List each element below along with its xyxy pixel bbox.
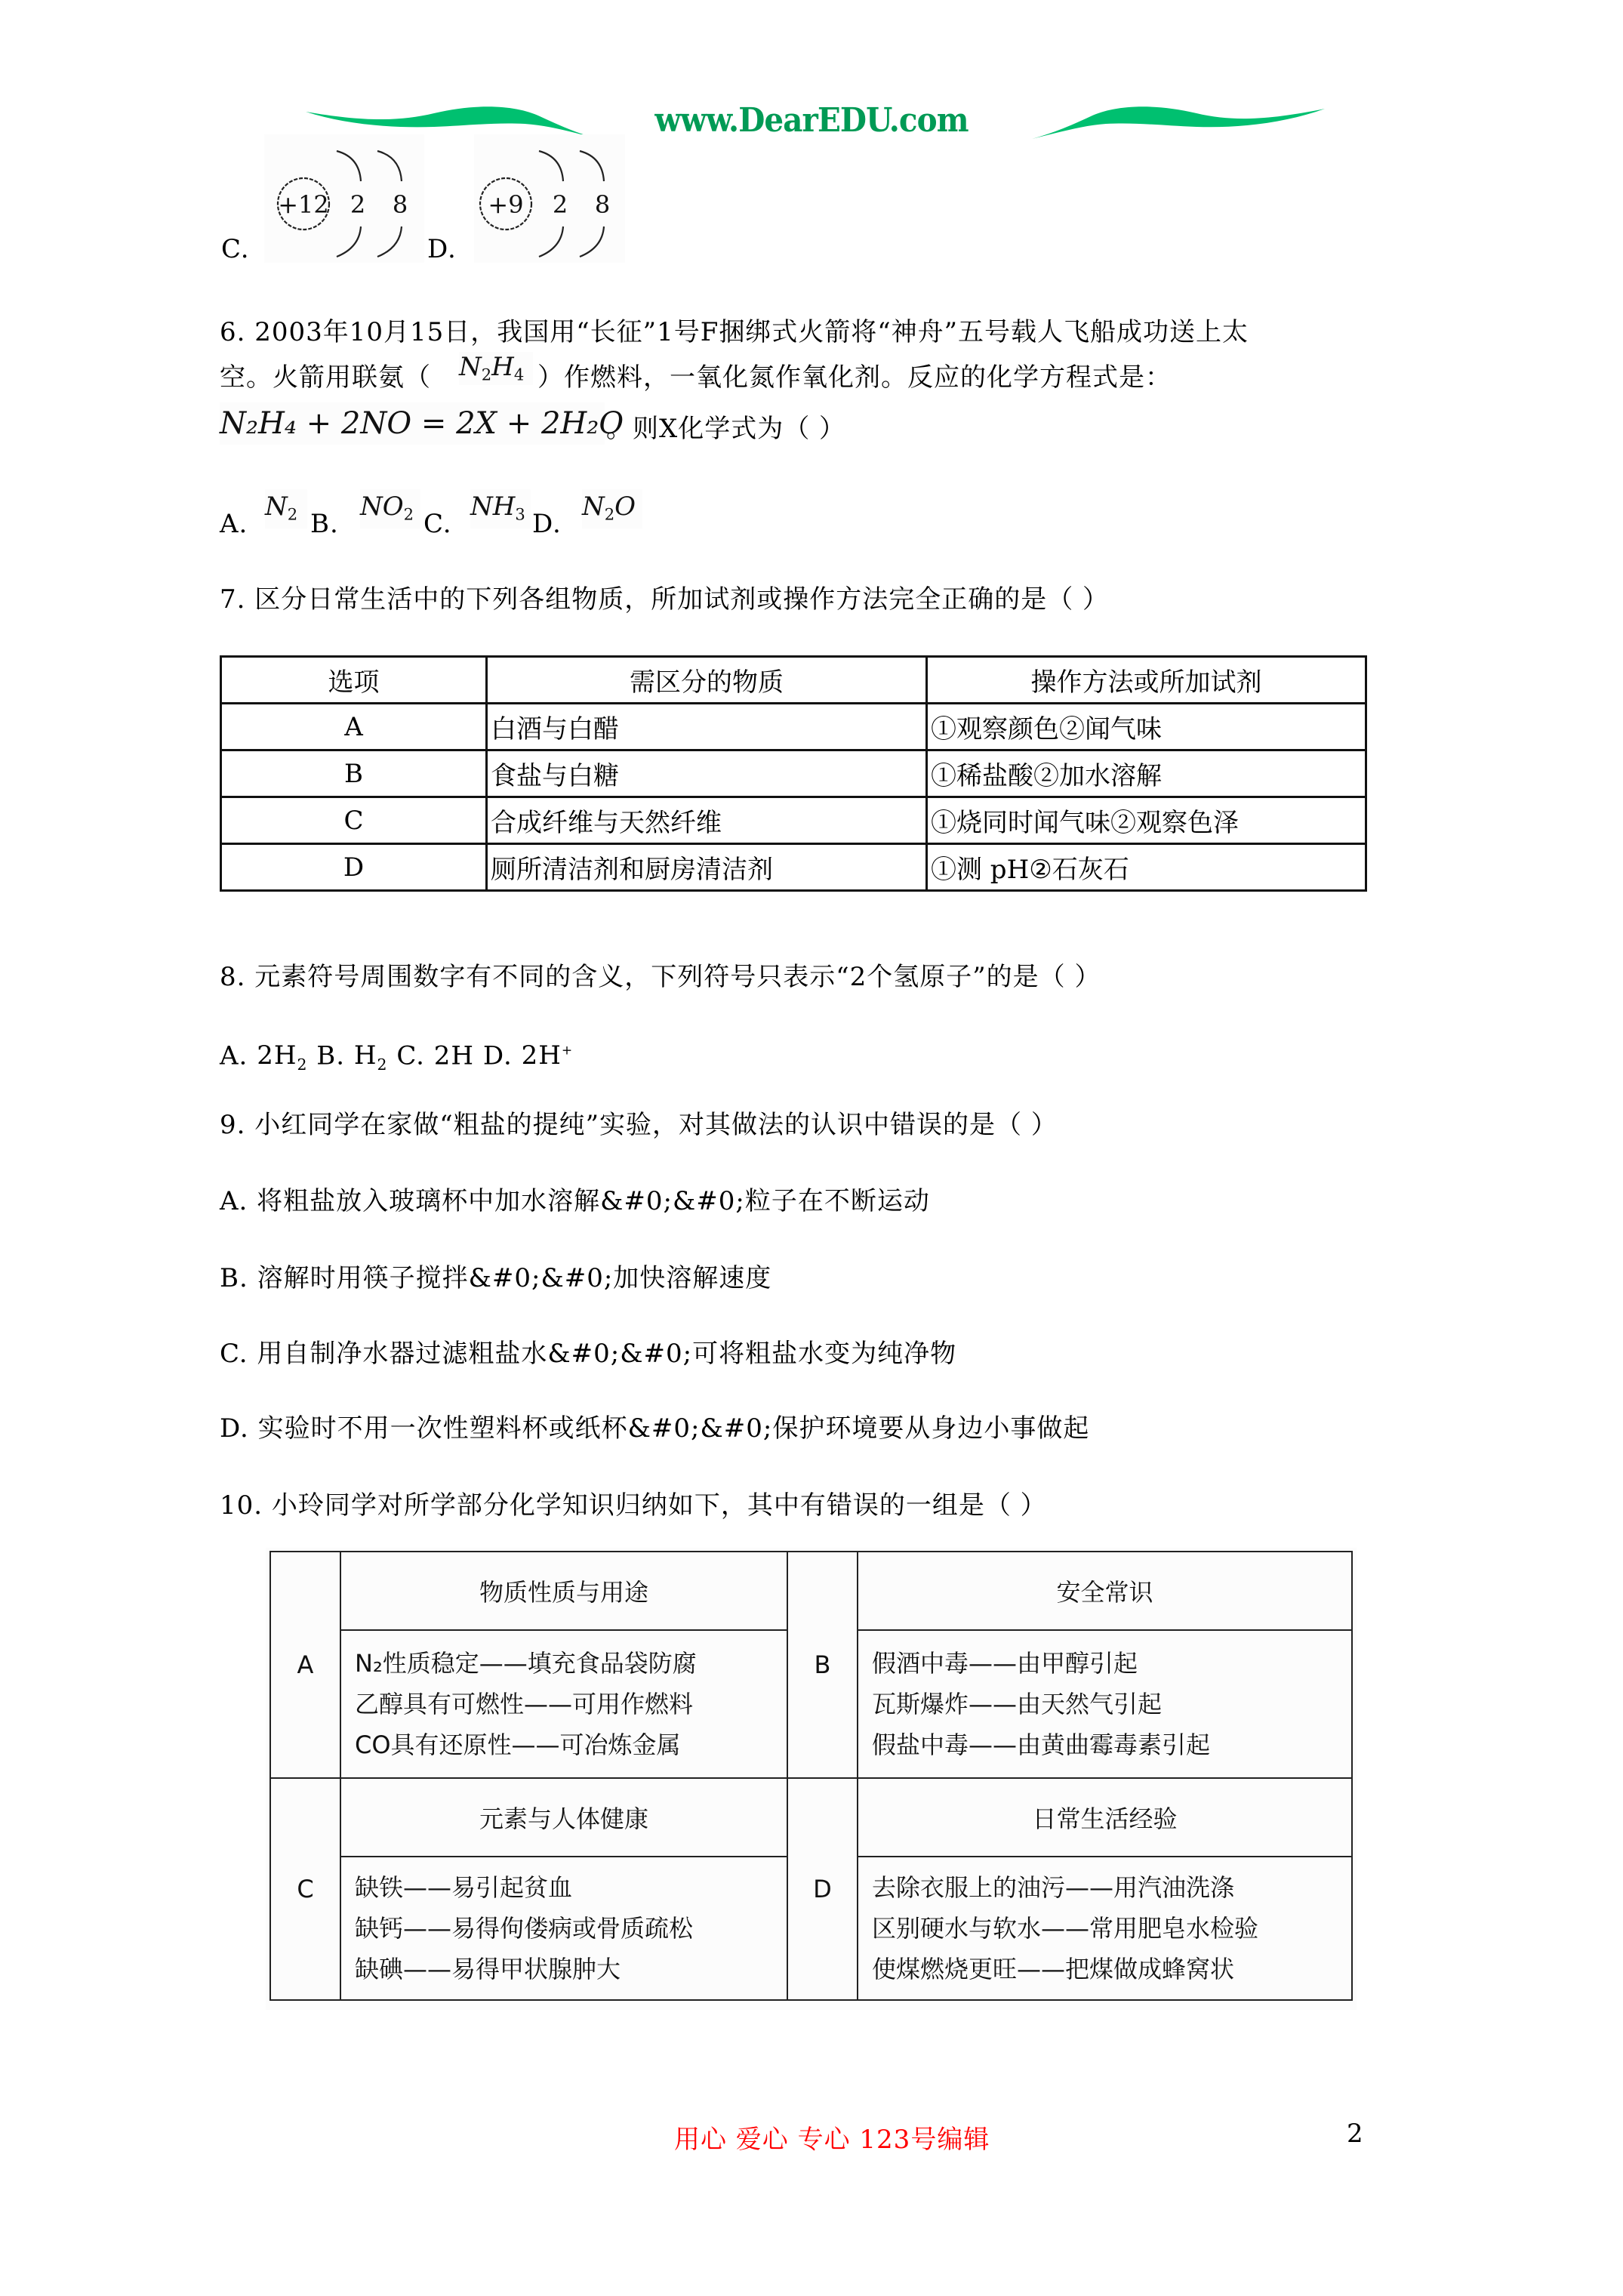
table-row: A 白酒与白醋 ①观察颜色②闻气味 — [221, 704, 1366, 750]
site-header-banner: www.DearEDU.com — [306, 100, 1325, 142]
option-d-label: D. — [427, 234, 457, 264]
option-b-label[interactable]: B. — [310, 509, 339, 539]
question-6-stem-line-2-post: ）作燃料，一氧化氮作氧化剂。反应的化学方程式是： — [537, 362, 1172, 393]
option-a-label[interactable]: A. — [220, 1040, 248, 1071]
question-9-stem: 9. 小红同学在家做“粗盐的提纯”实验，对其做法的认识中错误的是（ ） — [220, 1110, 1058, 1140]
column-header-substances: 需区分的物质 — [487, 657, 927, 704]
question-9-option-b[interactable]: B. 溶解时用筷子搅拌&#0;&#0;加快溶解速度 — [220, 1263, 771, 1293]
option-a-formula: N2 — [265, 489, 307, 529]
group-title-a: 物质性质与用途 — [340, 1552, 787, 1630]
svg-text:+9: +9 — [488, 190, 523, 219]
nucleus-charge: +12 — [278, 190, 329, 219]
question-9-option-c[interactable]: C. 用自制净水器过滤粗盐水&#0;&#0;可将粗盐水变为纯净物 — [220, 1339, 956, 1369]
question-10-stem: 10. 小玲同学对所学部分化学知识归纳如下，其中有错误的一组是（ ） — [220, 1490, 1047, 1521]
group-title-b: 安全常识 — [858, 1552, 1352, 1630]
group-label-b: B — [787, 1552, 858, 1778]
table-row: D 厕所清洁剂和厨房清洁剂 ①测 pH②石灰石 — [221, 844, 1366, 891]
hydrazine-formula: N2H4 — [459, 352, 533, 385]
question-7-table: 选项 需区分的物质 操作方法或所加试剂 A 白酒与白醋 ①观察颜色②闻气味 B … — [220, 655, 1367, 892]
svg-text:2: 2 — [350, 190, 365, 219]
option-d-label[interactable]: D. — [532, 509, 562, 539]
group-content-b: 假酒中毒——由甲醇引起 瓦斯爆炸——由天然气引起 假盐中毒——由黄曲霉毒素引起 — [858, 1630, 1352, 1778]
table-row: C 合成纤维与天然纤维 ①烧同时闻气味②观察色泽 — [221, 797, 1366, 844]
question-6-stem-line-2-pre: 空。火箭用联氨（ — [220, 362, 431, 393]
question-10-table-image: A 物质性质与用途 B 安全常识 N₂性质稳定——填充食品袋防腐 乙醇具有可燃性… — [266, 1548, 1357, 2010]
footer-slogan: 用心 爱心 专心 123号编辑 — [674, 2119, 990, 2156]
page-number: 2 — [1347, 2119, 1363, 2149]
option-c-label: C. — [221, 234, 250, 264]
svg-text:8: 8 — [393, 190, 408, 219]
question-10-table: A 物质性质与用途 B 安全常识 N₂性质稳定——填充食品袋防腐 乙醇具有可燃性… — [269, 1551, 1353, 2001]
group-content-c: 缺铁——易引起贫血 缺钙——易得佝偻病或骨质疏松 缺碘——易得甲状腺肿大 — [340, 1857, 787, 2000]
question-7-stem: 7. 区分日常生活中的下列各组物质，所加试剂或操作方法完全正确的是（ ） — [220, 584, 1109, 615]
svg-text:8: 8 — [595, 190, 610, 219]
group-title-c: 元素与人体健康 — [340, 1778, 787, 1857]
option-c-label[interactable]: C. — [396, 1040, 425, 1071]
column-header-option: 选项 — [221, 657, 487, 704]
group-content-d: 去除衣服上的油污——用汽油洗涤 区别硬水与软水——常用肥皂水检验 使煤燃烧更旺—… — [858, 1857, 1352, 2000]
question-8-stem: 8. 元素符号周围数字有不同的含义，下列符号只表示“2个氢原子”的是（ ） — [220, 962, 1101, 992]
table-row: B 食盐与白糖 ①稀盐酸②加水溶解 — [221, 750, 1366, 797]
option-b-formula: NO2 — [360, 489, 420, 529]
question-6-prompt: 。则X化学式为（ ） — [606, 414, 845, 444]
option-c-symbol: 2H — [434, 1040, 474, 1071]
group-label-c: C — [270, 1778, 340, 2000]
group-title-d: 日常生活经验 — [858, 1778, 1352, 1857]
svg-text:2: 2 — [553, 190, 568, 219]
group-content-a: N₂性质稳定——填充食品袋防腐 乙醇具有可燃性——可用作燃料 CO具有还原性——… — [340, 1630, 787, 1778]
option-b-label[interactable]: B. — [316, 1040, 345, 1071]
question-9-option-a[interactable]: A. 将粗盐放入玻璃杯中加水溶解&#0;&#0;粒子在不断运动 — [220, 1186, 930, 1216]
question-6-stem-line-1: 6. 2003年10月15日，我国用“长征”1号F捆绑式火箭将“神舟”五号载人飞… — [220, 317, 1249, 347]
question-9-option-d[interactable]: D. 实验时不用一次性塑料杯或纸杯&#0;&#0;保护环境要从身边小事做起 — [220, 1413, 1089, 1444]
atom-structure-diagram-c: +12 2 8 — [264, 134, 424, 263]
option-d-symbol: 2H+ — [522, 1040, 574, 1071]
table-header-row: 选项 需区分的物质 操作方法或所加试剂 — [221, 657, 1366, 704]
option-a-label[interactable]: A. — [220, 509, 248, 539]
option-a-symbol: 2H2 — [257, 1040, 307, 1071]
option-d-label[interactable]: D. — [483, 1040, 513, 1071]
option-c-formula: NH3 — [470, 489, 531, 529]
column-header-method: 操作方法或所加试剂 — [927, 657, 1366, 704]
atom-structure-diagram-d: +9 2 8 — [474, 134, 625, 263]
group-label-d: D — [787, 1778, 858, 2000]
option-b-symbol: H2 — [354, 1040, 388, 1071]
reaction-equation: N₂H₄ + 2NO = 2X + 2H₂O — [220, 402, 605, 445]
question-8-options: A. 2H2 B. H2 C. 2H D. 2H+ — [220, 1036, 573, 1080]
option-d-formula: N2O — [582, 489, 642, 529]
site-url-logo: www.DearEDU.com — [614, 100, 1009, 142]
option-c-label[interactable]: C. — [423, 509, 452, 539]
group-label-a: A — [270, 1552, 340, 1778]
